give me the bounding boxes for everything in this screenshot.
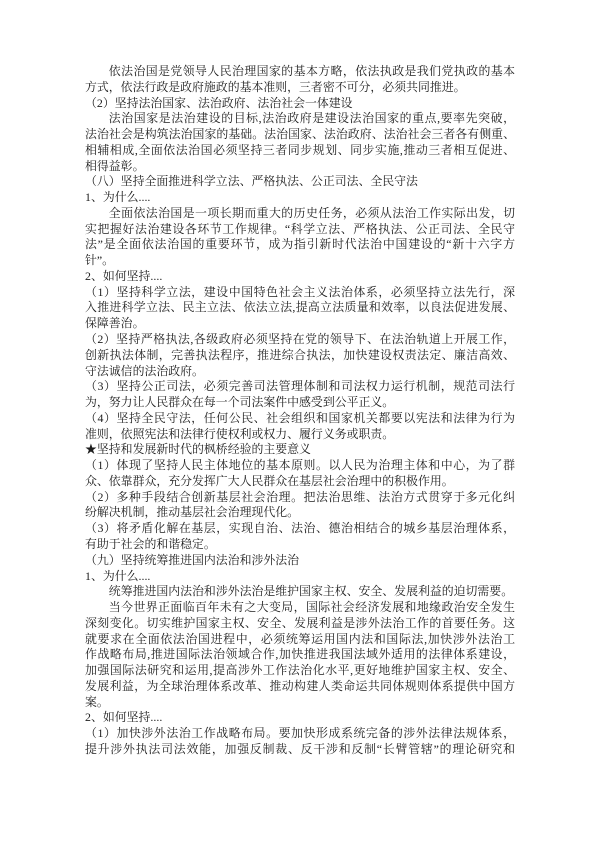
text-line: （九）坚持统筹推进国内法治和涉外法治 xyxy=(85,553,515,569)
text-line: 众、依靠群众，充分发挥广大人民群众在基层社会治理中的积极作用。 xyxy=(85,474,515,490)
text-line: （3）坚持公正司法，必须完善司法管理体制和司法权力运行机制，规范司法行 xyxy=(85,379,515,395)
text-line: 发展利益，为全球治理体系改革、推动构建人类命运共同体规则体系提供中国方 xyxy=(85,679,515,695)
paragraph-body: （1）体现了坚持人民主体地位的基本原则。以人民为治理主体和中心，为了群众、依靠群… xyxy=(85,458,515,490)
text-line: 全面依法治国是一项长期而重大的历史任务，必须从法治工作实际出发，切 xyxy=(85,206,515,222)
text-line: 深刻变化。切实维护国家主权、安全、发展利益是涉外法治工作的首要任务。这 xyxy=(85,616,515,632)
paragraph-heading: （2）坚持法治国家、法治政府、法治社会一体建设 xyxy=(85,96,515,112)
text-line: 保障善治。 xyxy=(85,316,515,332)
text-line: 有助于社会的和谐稳定。 xyxy=(85,537,515,553)
paragraph-body: （3）将矛盾化解在基层，实现自治、法治、德治相结合的城乡基层治理体系，有助于社会… xyxy=(85,521,515,553)
paragraph-label: 2、如何坚持.... xyxy=(85,269,515,285)
paragraph-label: 2、如何坚持.... xyxy=(85,710,515,726)
text-line: 法治社会是构筑法治国家的基础。法治国家、法治政府、法治社会三者各有侧重、 xyxy=(85,127,515,143)
document-page: 依法治国是党领导人民治理国家的基本方略，依法执政是我们党执政的基本方式，依法行政… xyxy=(0,0,595,842)
text-line: 为，努力让人民群众在每一个司法案件中感受到公平正义。 xyxy=(85,395,515,411)
document-content: 依法治国是党领导人民治理国家的基本方略，依法执政是我们党执政的基本方式，依法行政… xyxy=(85,64,515,758)
text-line: 2、如何坚持.... xyxy=(85,710,515,726)
text-line: 就要求在全面依法治国进程中，必须统筹运用国内法和国际法,加快涉外法治工 xyxy=(85,632,515,648)
text-line: 依法治国是党领导人民治理国家的基本方略，依法执政是我们党执政的基本 xyxy=(85,64,515,80)
paragraph-body: （1）坚持科学立法，建设中国特色社会主义法治体系，必须坚持立法先行，深入推进科学… xyxy=(85,285,515,332)
paragraph-heading: （九）坚持统筹推进国内法治和涉外法治 xyxy=(85,553,515,569)
text-line: 1、为什么.... xyxy=(85,569,515,585)
text-line: 准则，依照宪法和法律行使权利或权力、履行义务或职责。 xyxy=(85,427,515,443)
text-line: （2）坚持法治国家、法治政府、法治社会一体建设 xyxy=(85,96,515,112)
paragraph-body: 统筹推进国内法治和涉外法治是维护国家主权、安全、发展利益的迫切需要。 xyxy=(85,584,515,600)
text-line: （1）体现了坚持人民主体地位的基本原则。以人民为治理主体和中心，为了群 xyxy=(85,458,515,474)
text-line: 作战略布局,推进国际法治领域合作,加快推进我国法域外适用的法律体系建设， xyxy=(85,647,515,663)
paragraph-body: （1）加快涉外法治工作战略布局。要加快形成系统完备的涉外法律法规体系，提升涉外执… xyxy=(85,726,515,758)
text-line: 针”。 xyxy=(85,253,515,269)
text-line: 法”是全面依法治国的重要环节，成为指引新时代法治中国建设的“新十六字方 xyxy=(85,237,515,253)
text-line: 实把握好法治建设各环节工作规律。“科学立法、严格执法、公正司法、全民守 xyxy=(85,222,515,238)
text-line: （2）坚持严格执法,各级政府必须坚持在党的领导下、在法治轨道上开展工作， xyxy=(85,332,515,348)
paragraph-body: （4）坚持全民守法，任何公民、社会组织和国家机关都要以宪法和法律为行为准则，依照… xyxy=(85,411,515,443)
text-line: ★坚持和发展新时代的枫桥经验的主要意义 xyxy=(85,442,515,458)
text-line: 法治国家是法治建设的目标,法治政府是建设法治国家的重点,要率先突破， xyxy=(85,111,515,127)
text-line: 案。 xyxy=(85,695,515,711)
text-line: 1、为什么.... xyxy=(85,190,515,206)
text-line: 当今世界正面临百年未有之大变局，国际社会经济发展和地缘政治安全发生 xyxy=(85,600,515,616)
text-line: 纷解决机制，推动基层社会治理现代化。 xyxy=(85,505,515,521)
paragraph-heading: （八）坚持全面推进科学立法、严格执法、公正司法、全民守法 xyxy=(85,174,515,190)
text-line: （3）将矛盾化解在基层，实现自治、法治、德治相结合的城乡基层治理体系， xyxy=(85,521,515,537)
paragraph-body: 依法治国是党领导人民治理国家的基本方略，依法执政是我们党执政的基本方式，依法行政… xyxy=(85,64,515,96)
text-line: 方式，依法行政是政府施政的基本准则，三者密不可分，必须共同推进。 xyxy=(85,80,515,96)
text-line: （1）坚持科学立法，建设中国特色社会主义法治体系，必须坚持立法先行，深 xyxy=(85,285,515,301)
text-line: 2、如何坚持.... xyxy=(85,269,515,285)
text-line: 入推进科学立法、民主立法、依法立法,提高立法质量和效率，以良法促进发展、 xyxy=(85,300,515,316)
paragraph-body: （2）多种手段结合创新基层社会治理。把法治思维、法治方式贯穿于多元化纠纷解决机制… xyxy=(85,490,515,522)
paragraph-star-heading: ★坚持和发展新时代的枫桥经验的主要意义 xyxy=(85,442,515,458)
paragraph-body: （3）坚持公正司法，必须完善司法管理体制和司法权力运行机制，规范司法行为，努力让… xyxy=(85,379,515,411)
text-line: （1）加快涉外法治工作战略布局。要加快形成系统完备的涉外法律法规体系， xyxy=(85,726,515,742)
paragraph-label: 1、为什么.... xyxy=(85,190,515,206)
text-line: 守法诚信的法治政府。 xyxy=(85,364,515,380)
paragraph-body: 当今世界正面临百年未有之大变局，国际社会经济发展和地缘政治安全发生深刻变化。切实… xyxy=(85,600,515,710)
text-line: （4）坚持全民守法，任何公民、社会组织和国家机关都要以宪法和法律为行为 xyxy=(85,411,515,427)
text-line: 提升涉外执法司法效能，加强反制裁、反干涉和反制“长臂管辖”的理论研究和 xyxy=(85,742,515,758)
text-line: 加强国际法研究和运用,提高涉外工作法治化水平,更好地维护国家主权、安全、 xyxy=(85,663,515,679)
text-line: （2）多种手段结合创新基层社会治理。把法治思维、法治方式贯穿于多元化纠 xyxy=(85,490,515,506)
text-line: （八）坚持全面推进科学立法、严格执法、公正司法、全民守法 xyxy=(85,174,515,190)
text-line: 相得益彰。 xyxy=(85,159,515,175)
paragraph-body: 法治国家是法治建设的目标,法治政府是建设法治国家的重点,要率先突破，法治社会是构… xyxy=(85,111,515,174)
text-line: 统筹推进国内法治和涉外法治是维护国家主权、安全、发展利益的迫切需要。 xyxy=(85,584,515,600)
paragraph-body: 全面依法治国是一项长期而重大的历史任务，必须从法治工作实际出发，切实把握好法治建… xyxy=(85,206,515,269)
paragraph-label: 1、为什么.... xyxy=(85,569,515,585)
text-line: 创新执法体制，完善执法程序，推进综合执法，加快建设权责法定、廉洁高效、 xyxy=(85,348,515,364)
text-line: 相辅相成,全面依法治国必须坚持三者同步规划、同步实施,推动三者相互促进、 xyxy=(85,143,515,159)
paragraph-body: （2）坚持严格执法,各级政府必须坚持在党的领导下、在法治轨道上开展工作，创新执法… xyxy=(85,332,515,379)
